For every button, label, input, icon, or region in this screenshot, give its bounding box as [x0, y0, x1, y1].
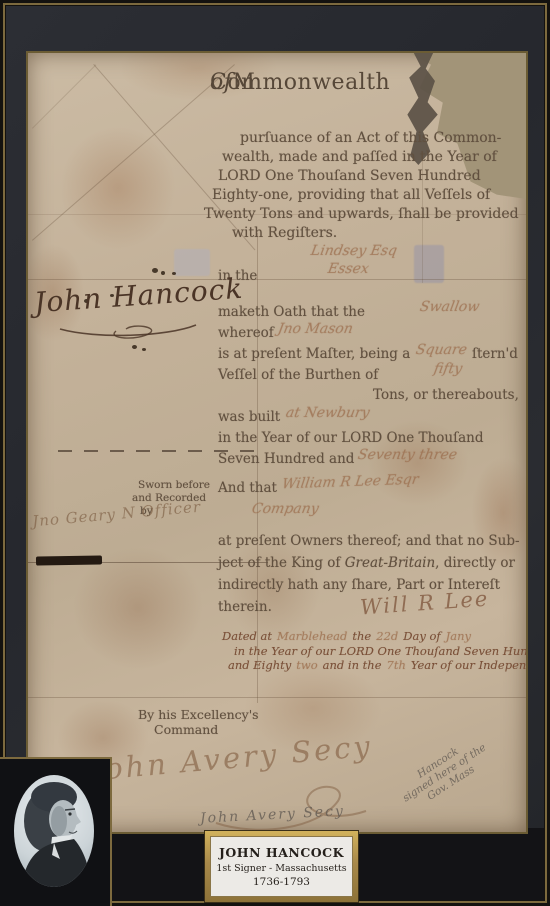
- stain: [48, 523, 228, 693]
- print-line: in the Year of our LORD One Thouſand: [218, 430, 483, 446]
- ink-spot: [142, 348, 146, 351]
- hancock-portrait-frame: [0, 757, 112, 906]
- title-word-torn: M: [232, 70, 255, 95]
- document: Commonwealth of M purſuance of an Act of…: [26, 51, 528, 834]
- nameplate: JOHN HANCOCK 1st Signer - Massachusetts …: [205, 831, 358, 902]
- print-line: Tons, or thereabouts,: [373, 387, 519, 403]
- intro-line: purſuance of an Act of this Common-: [240, 130, 501, 146]
- nameplate-dates: 1736-1793: [253, 876, 310, 888]
- print-line: ſtern'd: [472, 346, 518, 362]
- dated-line: in the Year of our LORD One Thouſand Sev…: [234, 644, 528, 658]
- dated-line: Dated atMarbleheadthe22dDay ofJany: [222, 629, 476, 643]
- framed-document-photo: Commonwealth of M purſuance of an Act of…: [0, 0, 550, 906]
- handwritten-independence-year: 7th: [387, 658, 406, 672]
- handwritten-tonnage: fifty: [433, 361, 464, 377]
- handwritten-vessel: Swallow: [419, 299, 481, 315]
- fold-line: [28, 279, 526, 280]
- command-line: By his Excellency's: [138, 707, 259, 722]
- handwritten-year-word: two: [296, 658, 317, 672]
- dated-text: and in the: [323, 658, 382, 672]
- tape-patch: [414, 245, 444, 283]
- nameplate-subtitle: 1st Signer - Massachusetts: [216, 863, 346, 874]
- handwritten-name: Lindsey Esq: [310, 243, 399, 259]
- handwritten-month: Jany: [446, 629, 471, 643]
- handwritten-county: Essex: [327, 261, 371, 277]
- intro-line: Eighty-one, providing that all Veſſels o…: [212, 187, 490, 203]
- dated-text: Day of: [403, 629, 440, 643]
- dated-text: Dated at: [222, 629, 272, 643]
- dated-text: the: [352, 629, 371, 643]
- handwritten-place: Marblehead: [277, 629, 347, 643]
- hancock-portrait-engraving: [14, 775, 94, 887]
- ink-spot: [132, 345, 137, 349]
- intro-line: wealth, made and paſſed in the Year of: [222, 149, 497, 165]
- handwritten-year: Seventy three: [357, 447, 459, 463]
- print-line: at preſent Owners thereof; and that no S…: [218, 533, 520, 549]
- print-line: was built: [218, 409, 280, 425]
- handwritten-day: 22d: [376, 629, 398, 643]
- hancock-flourish: [56, 319, 206, 339]
- handwritten-rig: Square: [415, 342, 469, 358]
- document-title: Commonwealth of M: [210, 70, 232, 95]
- print-segment: , directly or: [435, 555, 515, 571]
- handwritten-master: Jno Mason: [277, 321, 355, 337]
- intro-line: with Regiſters.: [232, 225, 337, 241]
- intro-line: LORD One Thouſand Seven Hundred: [218, 168, 481, 184]
- print-segment: ject of the King of: [218, 555, 345, 571]
- dated-line: and Eightytwoand in the7thYear of our In…: [228, 658, 528, 672]
- nameplate-label: JOHN HANCOCK 1st Signer - Massachusetts …: [210, 836, 353, 897]
- hancock-portrait-oval: [14, 775, 94, 887]
- tape-patch: [174, 249, 210, 276]
- sworn-line: Sworn before: [138, 479, 210, 491]
- print-line: And that: [218, 480, 277, 496]
- dated-text: Year of our Independence.: [411, 658, 528, 672]
- great-britain-italic: Great-Britain: [345, 555, 435, 571]
- dated-text: and Eighty: [228, 658, 291, 672]
- ink-spot: [152, 268, 158, 273]
- command-line: Command: [154, 722, 218, 737]
- print-line: is at preſent Maſter, being a: [218, 346, 410, 362]
- handwritten-built-at: at Newbury: [285, 405, 371, 421]
- print-line: Veſſel of the Burthen of: [218, 367, 378, 383]
- print-line: maketh Oath that the: [218, 304, 365, 320]
- ink-spot: [161, 271, 165, 275]
- print-line: therein.: [218, 599, 272, 615]
- handwritten-company: Company: [251, 501, 320, 517]
- ink-spot: [172, 272, 176, 275]
- print-line: Seven Hundred and: [218, 451, 354, 467]
- print-line: whereof: [218, 325, 274, 341]
- nameplate-name: JOHN HANCOCK: [219, 845, 344, 860]
- intro-line: Twenty Tons and upwards, ſhall be provid…: [204, 206, 519, 222]
- fold-line: [28, 697, 526, 698]
- ink-scribble: [36, 555, 102, 565]
- print-line: ject of the King of Great-Britain, direc…: [218, 555, 515, 571]
- pencil-annotation: Hancock signed here of the Gov. Mass: [394, 732, 495, 815]
